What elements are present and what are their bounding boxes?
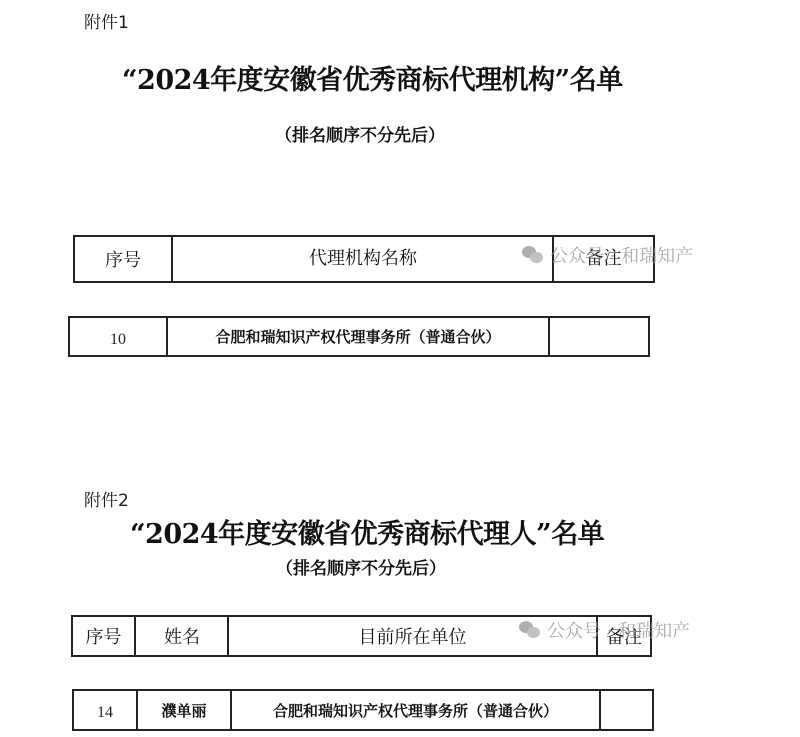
watermark-1: 公众号 · 和瑞知产 xyxy=(522,242,693,268)
attachment-1-subtitle: （排名顺序不分先后） xyxy=(275,121,445,146)
watermark-text: 公众号 · 和瑞知产 xyxy=(550,242,693,268)
header-index: 序号 xyxy=(73,617,134,655)
attachment-2-subtitle: （排名顺序不分先后） xyxy=(276,554,446,579)
watermark-text: 公众号 · 和瑞知产 xyxy=(547,617,690,643)
wechat-icon xyxy=(519,621,541,639)
header-name: 姓名 xyxy=(136,617,228,655)
row-note xyxy=(550,318,648,355)
header-index: 序号 xyxy=(75,237,171,281)
row-note xyxy=(601,691,652,729)
row-index: 14 xyxy=(74,691,136,729)
wechat-icon xyxy=(522,246,544,264)
attachment-2-label: 附件2 xyxy=(84,486,129,511)
agent-table-row: 14 濮单丽 合肥和瑞知识产权代理事务所（普通合伙） xyxy=(72,689,654,731)
row-unit: 合肥和瑞知识产权代理事务所（普通合伙） xyxy=(232,691,599,729)
header-agency-name: 代理机构名称 xyxy=(173,237,553,281)
row-agency-name: 合肥和瑞知识产权代理事务所（普通合伙） xyxy=(168,318,548,355)
row-index: 10 xyxy=(70,318,166,355)
attachment-1-title: “2024年度安徽省优秀商标代理机构”名单 xyxy=(122,58,623,97)
row-name: 濮单丽 xyxy=(138,691,230,729)
attachment-2-title: “2024年度安徽省优秀商标代理人”名单 xyxy=(130,512,604,551)
attachment-1-label: 附件1 xyxy=(84,8,129,33)
watermark-2: 公众号 · 和瑞知产 xyxy=(519,617,690,643)
agency-table-row: 10 合肥和瑞知识产权代理事务所（普通合伙） xyxy=(68,316,650,357)
